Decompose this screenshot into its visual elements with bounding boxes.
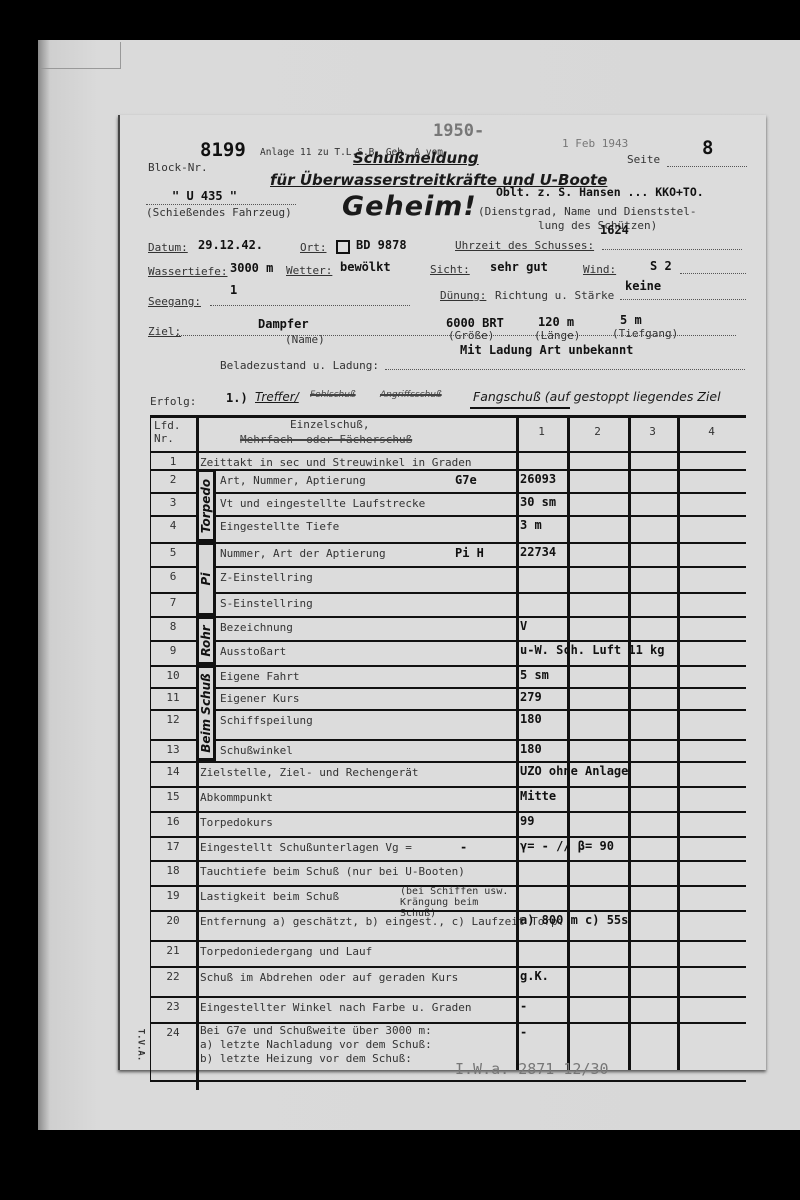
erfolg-label: Erfolg: (150, 395, 196, 408)
row-label: Schußwinkel (220, 744, 293, 757)
row-number: 10 (150, 669, 196, 682)
ziel-groesse: 6000 BRT (446, 316, 504, 330)
ziel-tiefgang: 5 m (620, 313, 642, 327)
row-number: 23 (150, 1000, 196, 1013)
row-value-shot-1: a) 800 m c) 55s (520, 913, 628, 927)
col-lfd-nr: Lfd. Nr. (154, 419, 188, 445)
ziel-label: Ziel: (148, 325, 181, 338)
wassertiefe-label: Wassertiefe: (148, 265, 227, 278)
row-label: Art, Nummer, Aptierung (220, 474, 366, 487)
ziel-name: Dampfer (258, 317, 309, 331)
sicht-label: Sicht: (430, 263, 470, 276)
row-value-shot-1: - (520, 1025, 527, 1039)
row-number: 16 (150, 815, 196, 828)
row-number: 21 (150, 944, 196, 957)
row-label: Zielstelle, Ziel- und Rechengerät (200, 766, 419, 779)
wind-value: S 2 (650, 259, 672, 273)
row-value-shot-1: 22734 (520, 545, 556, 559)
datum-label: Datum: (148, 241, 188, 254)
wetter-value: bewölkt (340, 260, 391, 274)
row-label: Lastigkeit beim Schuß (200, 890, 339, 903)
row-label: Bezeichnung (220, 621, 293, 634)
stamp-number: 1950- (433, 121, 484, 141)
row-label: Eingestellter Winkel nach Farbe u. Grade… (200, 1001, 472, 1014)
seite-value: 8 (702, 137, 713, 159)
row-label: Z-Einstellring (220, 571, 313, 584)
col-desc-1: Einzelschuß, (290, 418, 369, 431)
stamp-date: 1 Feb 1943 (562, 137, 628, 150)
row-value-shot-1: 180 (520, 712, 542, 726)
seegang-label: Seegang: (148, 295, 201, 308)
ort-checkbox (336, 240, 350, 254)
report-form: 1950- 1 Feb 1943 8199 Anlage 11 zu T.L.S… (118, 115, 766, 1070)
row-label: Schuß im Abdrehen oder auf geraden Kurs (200, 971, 458, 984)
rank-caption-2: lung des Schützen) (538, 219, 657, 232)
row-value-shot-1: V (520, 619, 527, 633)
col-shot-1: 1 (516, 425, 567, 438)
wind-label: Wind: (583, 263, 616, 276)
row-number: 20 (150, 914, 196, 927)
back-card-edge (40, 42, 121, 69)
row-extra: G7e (455, 473, 477, 487)
seite-label: Seite (627, 153, 660, 166)
rank-caption-1: (Dienstgrad, Name und Dienststel- (478, 205, 697, 218)
ladung-label: Beladezustand u. Ladung: (220, 359, 379, 372)
uhrzeit-value: 1624 (600, 223, 629, 237)
title-line-1: Schußmeldung (353, 149, 479, 167)
row-value-shot-1: u-W. Sch. Luft 11 kg (520, 643, 665, 657)
row-label: Eingestellt Schußunterlagen Vg = (200, 841, 412, 854)
row-number: 24 (150, 1026, 196, 1039)
block-label: Block-Nr. (148, 161, 208, 174)
ladung-value: Mit Ladung Art unbekannt (460, 343, 633, 357)
row-label: Tauchtiefe beim Schuß (nur bei U-Booten) (200, 865, 465, 878)
erfolg-treffer: Treffer/ (255, 390, 299, 404)
row-label: S-Einstellring (220, 597, 313, 610)
duenung-value: keine (625, 279, 661, 293)
row-label: Eingestellte Tiefe (220, 520, 339, 533)
row-number: 22 (150, 970, 196, 983)
ziel-name-caption: (Name) (285, 333, 325, 346)
datum-value: 29.12.42. (198, 238, 263, 252)
row-number: 14 (150, 765, 196, 778)
wassertiefe-value: 3000 m (230, 261, 273, 275)
group-tab-3: Beim Schuß (196, 665, 216, 761)
row-value-shot-1: 180 (520, 742, 542, 756)
row-label: Abkommpunkt (200, 791, 273, 804)
row-number: 5 (150, 546, 196, 559)
row24-b: b) letzte Heizung vor dem Schuß: (200, 1052, 412, 1065)
row-label: Zeittakt in sec und Streuwinkel in Grade… (200, 456, 472, 469)
row-label: Ausstoßart (220, 645, 286, 658)
col-shot-4: 4 (677, 425, 746, 438)
seegang-value: 1 (230, 283, 237, 297)
row-number: 17 (150, 840, 196, 853)
duenung-label: Dünung: (440, 289, 486, 302)
row-number: 4 (150, 519, 196, 532)
col-shot-2: 2 (567, 425, 628, 438)
row-label: Eigener Kurs (220, 692, 299, 705)
row-extra: Pi H (455, 546, 484, 560)
ziel-laenge: 120 m (538, 315, 574, 329)
row-extra: - (460, 840, 467, 854)
row-number: 7 (150, 596, 196, 609)
group-tab-1: Pi (196, 542, 216, 616)
row-value-shot-1: UZO ohne Anlage (520, 764, 628, 778)
ziel-laenge-caption: (Länge) (534, 329, 580, 342)
ziel-groesse-caption: (Größe) (448, 329, 494, 342)
col-shot-3: 3 (628, 425, 677, 438)
erfolg-fangschuss: Fangschuß (auf gestoppt liegendes Ziel (473, 389, 721, 404)
secret-stamp: Geheim! (342, 191, 477, 222)
row-value-shot-1: 30 sm (520, 495, 556, 509)
row-label: Torpedoniedergang und Lauf (200, 945, 372, 958)
ort-value: BD 9878 (356, 238, 407, 252)
vessel-name: " U 435 " (172, 189, 237, 203)
block-number: 8199 (200, 139, 246, 161)
row-value-shot-1: 26093 (520, 472, 556, 486)
sicht-value: sehr gut (490, 260, 548, 274)
erfolg-angriffsschuss: Angriffsschuß (380, 390, 442, 400)
row-number: 9 (150, 644, 196, 657)
row-value-shot-1: Mitte (520, 789, 556, 803)
row-value-shot-1: 3 m (520, 518, 542, 532)
row-label: Bei G7e und Schußweite über 3000 m: (200, 1024, 432, 1037)
row-number: 11 (150, 691, 196, 704)
row-number: 8 (150, 620, 196, 633)
uhrzeit-label: Uhrzeit des Schusses: (455, 239, 594, 252)
row-number: 1 (150, 455, 196, 468)
col-desc-2: Mehrfach- oder Fächerschuß (240, 433, 412, 446)
row-value-shot-1: 99 (520, 814, 534, 828)
row-number: 13 (150, 743, 196, 756)
row-label: Entfernung a) geschätzt, b) eingest., c)… (200, 915, 564, 928)
ort-label: Ort: (300, 241, 327, 254)
archive-stamp: I.W.a. 2871 12/30 (455, 1060, 609, 1078)
row-value-shot-1: 279 (520, 690, 542, 704)
group-tab-2: Rohr (196, 616, 216, 665)
row-label: Schiffspeilung (220, 714, 313, 727)
row-number: 19 (150, 889, 196, 902)
row-value-shot-1: 5 sm (520, 668, 549, 682)
ziel-tiefgang-caption: (Tiefgang) (612, 327, 678, 340)
row-label: Torpedokurs (200, 816, 273, 829)
row-label: Vt und eingestellte Laufstrecke (220, 497, 425, 510)
row-number: 2 (150, 473, 196, 486)
row-label: Nummer, Art der Aptierung (220, 547, 386, 560)
group-tab-0: Torpedo (196, 469, 216, 542)
erfolg-fehlschuss: Fehlschuß (310, 390, 356, 400)
row-number: 3 (150, 496, 196, 509)
row-number: 12 (150, 713, 196, 726)
row-number: 15 (150, 790, 196, 803)
row24-a: a) letzte Nachladung vor dem Schuß: (200, 1038, 432, 1051)
wetter-label: Wetter: (286, 264, 332, 277)
vessel-caption: (Schießendes Fahrzeug) (146, 206, 292, 219)
row-value-shot-1: g.K. (520, 969, 549, 983)
shooter-rank-name: Oblt. z. S. Hansen ... KKO+TO. (496, 185, 704, 199)
row-number: 18 (150, 864, 196, 877)
row-number: 6 (150, 570, 196, 583)
duenung-caption: Richtung u. Stärke (495, 289, 614, 302)
row-label: Eigene Fahrt (220, 670, 299, 683)
side-mark: T.V.A. (135, 1029, 145, 1062)
row-value-shot-1: - (520, 999, 527, 1013)
erfolg-count: 1.) (226, 391, 248, 405)
